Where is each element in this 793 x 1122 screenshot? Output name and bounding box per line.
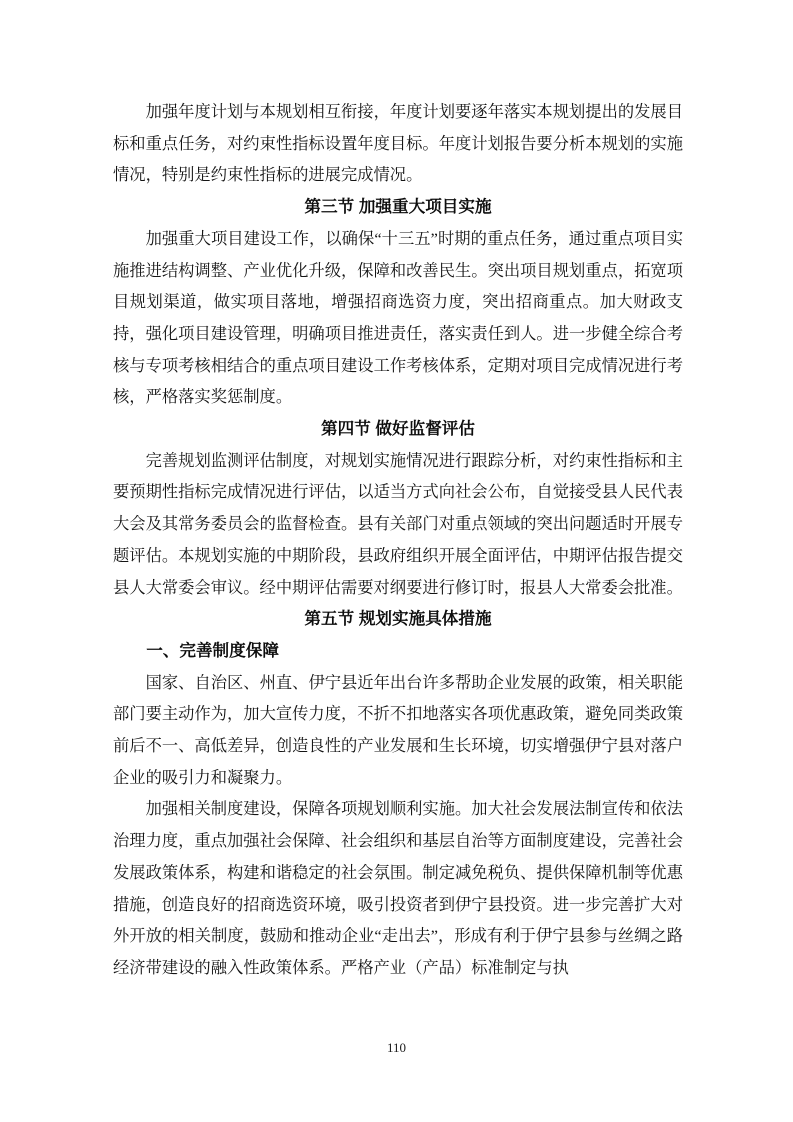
section-heading: 第三节 加强重大项目实施 (113, 191, 683, 223)
page-number: 110 (0, 1040, 793, 1056)
body-paragraph: 加强相关制度建设，保障各项规划顺利实施。加大社会发展法制宣传和依法治理力度，重点… (113, 793, 683, 983)
document-content: 加强年度计划与本规划相互衔接，年度计划要逐年落实本规划提出的发展目标和重点任务，… (113, 96, 683, 984)
sub-heading: 一、完善制度保障 (113, 635, 683, 667)
section-heading: 第五节 规划实施具体措施 (113, 603, 683, 635)
body-paragraph: 加强重大项目建设工作，以确保“十三五”时期的重点任务，通过重点项目实施推进结构调… (113, 223, 683, 413)
body-paragraph: 国家、自治区、州直、伊宁县近年出台许多帮助企业发展的政策，相关职能部门要主动作为… (113, 667, 683, 794)
body-paragraph: 完善规划监测评估制度，对规划实施情况进行跟踪分析，对约束性指标和主要预期性指标完… (113, 445, 683, 604)
section-heading: 第四节 做好监督评估 (113, 413, 683, 445)
document-page: 加强年度计划与本规划相互衔接，年度计划要逐年落实本规划提出的发展目标和重点任务，… (0, 0, 793, 1122)
body-paragraph: 加强年度计划与本规划相互衔接，年度计划要逐年落实本规划提出的发展目标和重点任务，… (113, 96, 683, 191)
